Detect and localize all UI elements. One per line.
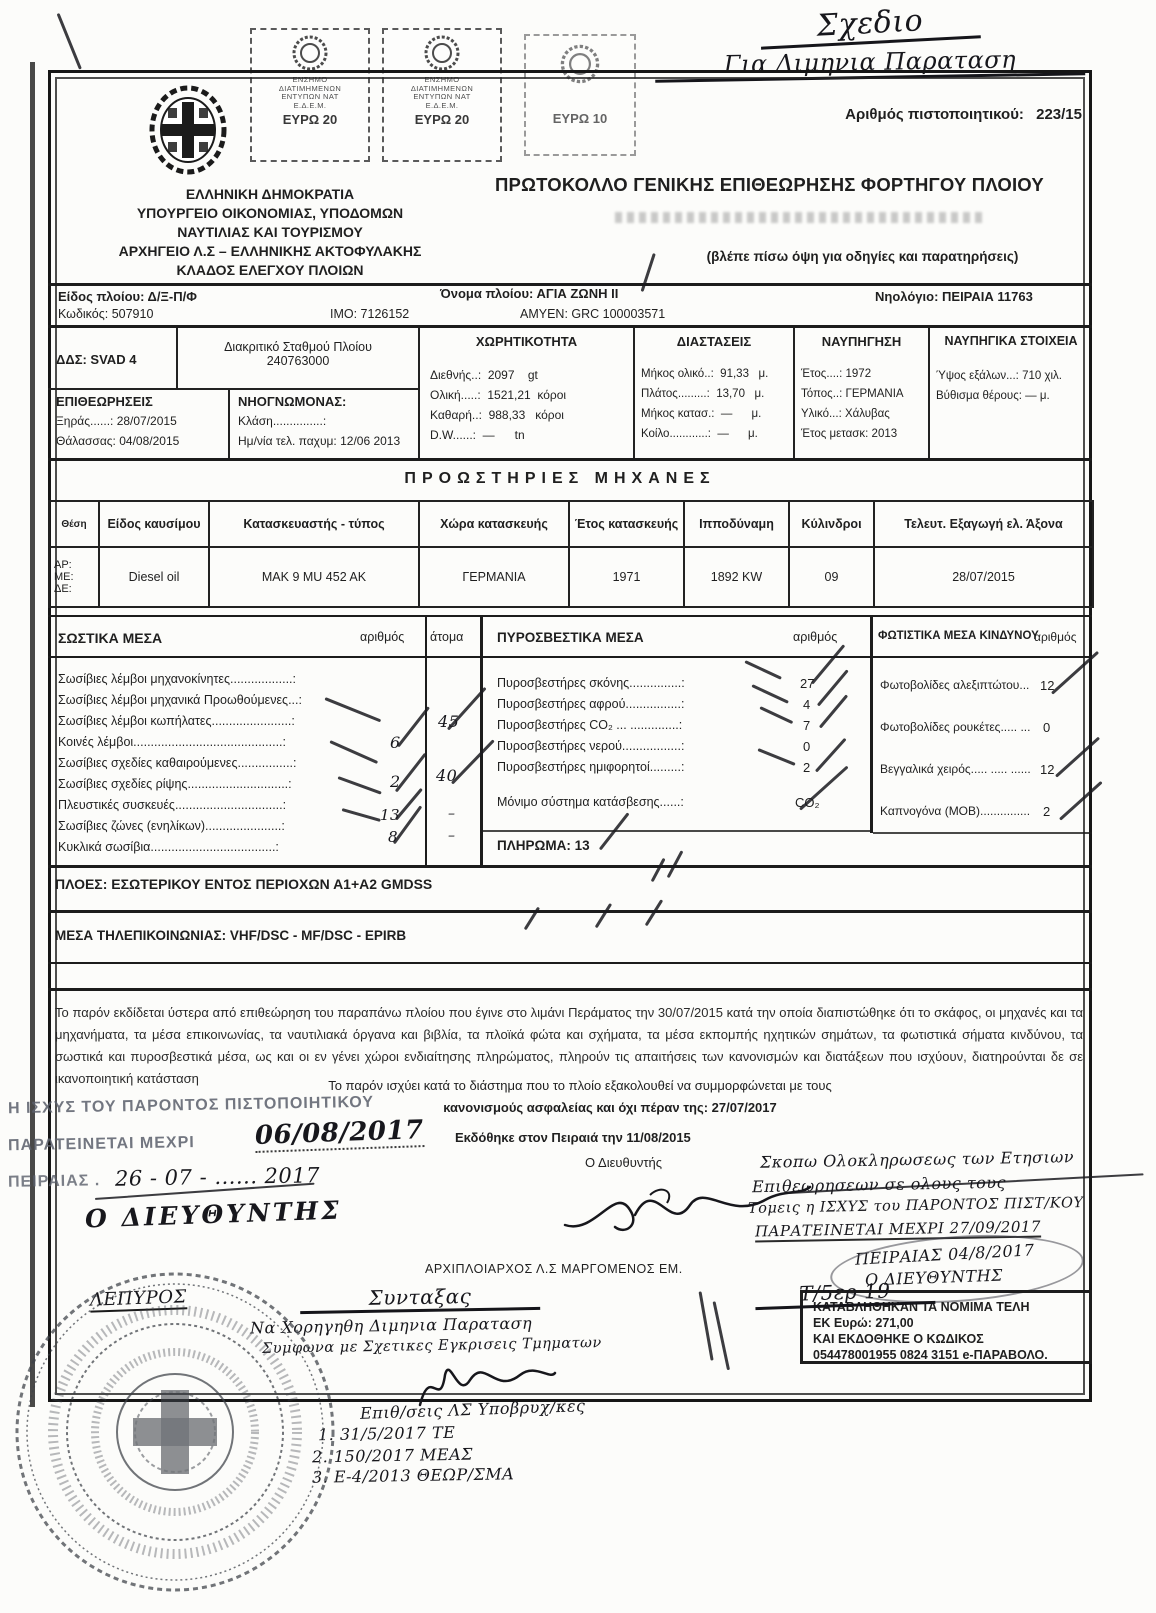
build-cell: ΝΑΥΠΗΓΗΣΗ Έτος....: 1972 Τόπος..: ΓΕΡΜΑΝ…	[795, 328, 930, 458]
voyages-line: ΠΛΟΕΣ: ΕΣΩΤΕΡΙΚΟΥ ΕΝΤΟΣ ΠΕΡΙΟΧΩΝ Α1+Α2 G…	[55, 876, 432, 892]
station-id-cell: Διακριτικό Σταθμού Πλοίου 240763000	[178, 328, 420, 390]
dimensions-title: ΔΙΑΣΤΑΣΕΙΣ	[635, 334, 793, 349]
length-const: Μήκος κατασ.: — μ.	[641, 408, 761, 420]
fire-row-label: Πυροσβεστήρες σκόνης...............:	[497, 676, 752, 690]
col-header-cylinders: Κύλινδροι	[789, 501, 874, 547]
freeboard-height: Ύψος εξάλων...: 710 χιλ.	[936, 370, 1062, 382]
divider-vertical	[480, 617, 483, 865]
page-subtitle: (βλέπε πίσω όψη για οδηγίες και παρατηρή…	[640, 249, 1085, 264]
lights-row-label: Φωτοβολίδες αλεξιπτώτου......:	[880, 678, 1030, 692]
imo-number: ΙΜΟ: 7126152	[330, 307, 409, 321]
depth: Κοίλο............: — μ.	[641, 428, 758, 440]
validity-line1: Το παρόν ισχύει κατά το διάστημα που το …	[240, 1078, 920, 1093]
certificate-number-value: 223/15	[1036, 106, 1082, 123]
col-header-fuel: Είδος καυσίμου	[99, 501, 209, 547]
inspection-sea-date: Θάλασσας: 04/08/2015	[56, 434, 179, 448]
engine-maker: MAK 9 MU 452 AK	[209, 547, 419, 607]
saving-row: Πλευστικές συσκευές.....................…	[58, 798, 370, 812]
lights-row-label: Βεγγαλικά χειρός..... ..... ......:	[880, 762, 1030, 776]
engine-country: ΓΕΡΜΑΝΙΑ	[419, 547, 569, 607]
saving-row: Σωσίβιες ζώνες (ενηλίκων)...............…	[58, 819, 370, 833]
divider	[483, 830, 870, 832]
build-data-title: ΝΑΥΠΗΓΙΚΑ ΣΤΟΙΧΕΙΑ	[930, 334, 1092, 348]
col-header-country: Χώρα κατασκευής	[419, 501, 569, 547]
dds-cell: ΔΔΣ: SVAD 4	[48, 328, 178, 390]
inspections-cell: ΕΠΙΘΕΩΡΗΣΕΙΣ Ξηράς......: 28/07/2015 Θάλ…	[48, 390, 230, 458]
divider	[483, 656, 870, 658]
fee-line: 054478001955 0824 3151 e-ΠΑΡΑΒΟΛΟ.	[813, 1347, 1079, 1363]
gauge-date: Ημ/νία τελ. παχυμ: 12/06 2013	[238, 434, 400, 448]
divider	[48, 656, 480, 658]
scan-corner-mark	[57, 13, 82, 70]
crew-count: ΠΛΗΡΩΜΑ: 13	[497, 838, 590, 853]
engine-pos-me: ΜΕ:	[54, 571, 94, 583]
fire-count-col: αριθμός	[793, 630, 837, 644]
engine-cylinders: 09	[789, 547, 874, 607]
engine-power: 1892 KW	[684, 547, 789, 607]
lights-header: ΦΩΤΙΣΤΙΚΑ ΜΕΣΑ ΚΙΝΔΥΝΟΥ	[878, 630, 1039, 642]
saving-row: Κοινές λέμβοι...........................…	[58, 735, 370, 749]
engines-section-title: ΠΡΟΩΣΤΗΡΙΕΣ ΜΗΧΑΝΕΣ	[300, 470, 820, 488]
breadth: Πλάτος.........: 13,70 μ.	[641, 388, 764, 400]
engine-shaft-date: 28/07/2015	[874, 547, 1093, 607]
lights-row-value: 12	[1040, 762, 1054, 777]
tonnage-cell: ΧΩΡΗΤΙΚΟΤΗΤΑ Διεθνής..: 2097 gt Ολική...…	[420, 328, 635, 458]
build-title: ΝΑΥΠΗΓΗΣΗ	[795, 334, 928, 349]
hw-lifejackets-persons: –	[448, 806, 456, 822]
saving-row: Σωσίβιες λέμβοι μηχανοκίνητες...........…	[58, 672, 370, 686]
station-id-label: Διακριτικό Σταθμού Πλοίου	[178, 340, 418, 354]
authority-line: ΚΛΑΔΟΣ ΕΛΕΓΧΟΥ ΠΛΟΙΩΝ	[55, 261, 485, 280]
fire-row-label: Πυροσβεστήρες CO₂ ... ..............:	[497, 718, 752, 732]
divider	[873, 656, 1092, 658]
saving-count-col: αριθμός	[360, 630, 404, 644]
hw-lifebuoys-persons: –	[448, 828, 456, 844]
official-round-seal	[5, 1262, 345, 1602]
ship-name: Όνομα πλοίου: ΑΓΙΑ ΖΩΝΗ ΙΙ	[440, 286, 618, 301]
ship-type: Είδος πλοίου: Δ/Ξ-Π/Φ	[58, 289, 197, 304]
saving-means-header: ΣΩΣΤΙΚΑ ΜΕΣΑ	[58, 630, 162, 646]
inspection-dry-date: Ξηράς......: 28/07/2015	[56, 414, 177, 428]
station-id-value: 240763000	[178, 354, 418, 368]
saving-row: Σωσίβιες σχεδίες καθαιρούμενες..........…	[58, 756, 370, 770]
saving-row: Σωσίβιες λέμβοι κωπήλατες...............…	[58, 714, 370, 728]
summer-draft: Βύθισμα θέρους: — μ.	[936, 390, 1050, 402]
engine-pos-ar: ΑΡ:	[54, 559, 94, 571]
hw-extension-date: 06/08/2017	[254, 1115, 424, 1153]
lights-row-value: 2	[1043, 804, 1050, 819]
attestation-paragraph: Το παρόν εκδίδεται ύστερα από επιθεώρηση…	[55, 1002, 1083, 1090]
registry-port: Νηολόγιο: ΠΕΙΡΑΙΑ 11763	[875, 289, 1033, 304]
fire-row-label: Πυροσβεστήρες νερού.................:	[497, 739, 752, 753]
authority-line: ΑΡΧΗΓΕΙΟ Λ.Σ – ΕΛΛΗΝΙΚΗΣ ΑΚΤΟΦΥΛΑΚΗΣ	[55, 242, 485, 261]
divider	[48, 910, 1092, 913]
engine-row: ΑΡ: ΜΕ: ΔΕ: Diesel oil MAK 9 MU 452 AK Γ…	[49, 547, 1093, 607]
fee-line: ΚΑΙ ΕΚΔΟΘΗΚΕ Ο ΚΩΔΙΚΟΣ	[813, 1331, 1079, 1347]
build-place: Τόπος..: ΓΕΡΜΑΝΙΑ	[801, 388, 904, 400]
build-year: Έτος....: 1972	[801, 368, 871, 380]
scanned-certificate-page: { "hw_top": { "line1": "Σχεδιο", "line2"…	[0, 0, 1156, 1613]
length-overall: Μήκος ολικό..: 91,33 μ.	[641, 368, 768, 380]
authority-line: ΥΠΟΥΡΓΕΙΟ ΟΙΚΟΝΟΜΙΑΣ, ΥΠΟΔΟΜΩΝ	[55, 204, 485, 223]
col-header-position: Θέση	[49, 501, 99, 547]
engine-year: 1971	[569, 547, 684, 607]
fire-means-header: ΠΥΡΟΣΒΕΣΤΙΚΑ ΜΕΣΑ	[497, 630, 644, 645]
extension-stamp-city: ΠΕΙΡΑΙΑΣ .	[8, 1172, 101, 1192]
tonnage-net: Καθαρή..: 988,33 κόροι	[430, 408, 564, 422]
divider	[48, 865, 1092, 868]
divider	[873, 832, 1092, 834]
fee-line: ΕΚ Ευρώ: 271,00	[813, 1315, 1079, 1331]
fire-row-value: 2	[803, 760, 810, 775]
class-society-title: ΝΗΟΓΝΩΜΟΝΑΣ:	[238, 394, 346, 409]
issuing-authority-block: ΕΛΛΗΝΙΚΗ ΔΗΜΟΚΡΑΤΙΑ ΥΠΟΥΡΓΕΙΟ ΟΙΚΟΝΟΜΙΑΣ…	[55, 185, 485, 280]
tonnage-title: ΧΩΡΗΤΙΚΟΤΗΤΑ	[420, 334, 633, 349]
divider	[48, 962, 1092, 964]
ship-code: Κωδικός: 507910	[58, 307, 153, 321]
issue-line: Εκδόθηκε στον Πειραιά την 11/08/2015	[455, 1130, 691, 1145]
stamp-emblem-icon	[290, 33, 330, 73]
build-material: Υλικό...: Χάλυβας	[801, 408, 890, 420]
lights-row-label: Φωτοβολίδες ρουκέτες..... ....:	[880, 720, 1030, 734]
rebuild-year: Έτος μετασκ: 2013	[801, 428, 897, 440]
tonnage-gross: Ολική.....: 1521,21 κόροι	[430, 388, 566, 402]
issuing-officer-line: ΑΡΧΙΠΛΟΙΑΡΧΟΣ Λ.Σ ΜΑΡΓΟΜΕΝΟΣ ΕΜ.	[425, 1262, 683, 1276]
tonnage-dw: D.W......: — tn	[430, 428, 525, 442]
class-line: Κλάση...............:	[238, 414, 326, 428]
certificate-number-label: Αριθμός πιστοποιητικού:	[845, 106, 1024, 123]
saving-row: Κυκλικά σωσίβια.........................…	[58, 840, 370, 854]
saving-row: Σωσίβιες λέμβοι μηχανικά Προωθούμενες...…	[58, 693, 370, 707]
amyen-number: ΑΜΥΕΝ: GRC 100003571	[520, 307, 665, 321]
dds-callsign: ΔΔΣ: SVAD 4	[56, 352, 136, 367]
authority-line: ΕΛΛΗΝΙΚΗ ΔΗΜΟΚΡΑΤΙΑ	[55, 185, 485, 204]
col-header-shaft: Τελευτ. Εξαγωγή ελ. Άξονα	[874, 501, 1093, 547]
tonnage-international: Διεθνής..: 2097 gt	[430, 368, 538, 382]
scan-edge-bar	[30, 62, 35, 1407]
lights-row-label: Καπνογόνα (MOB)................:	[880, 804, 1030, 818]
fire-row-label: Πυροσβεστήρες αφρού................:	[497, 697, 752, 711]
fire-row-label: Πυροσβεστήρες ημιφορητοί.........:	[497, 760, 752, 774]
col-header-power: Ιπποδύναμη	[684, 501, 789, 547]
divider-vertical	[425, 617, 427, 865]
dimensions-cell: ΔΙΑΣΤΑΣΕΙΣ Μήκος ολικό..: 91,33 μ. Πλάτο…	[635, 328, 795, 458]
telecom-line: ΜΕΣΑ ΤΗΛΕΠΙΚΟΙΝΩΝΙΑΣ: VHF/DSC - MF/DSC -…	[55, 928, 406, 943]
col-header-year: Έτος κατασκευής	[569, 501, 684, 547]
hellenic-coat-of-arms	[148, 84, 228, 176]
illegible-faint-line	[615, 212, 985, 223]
class-society-cell: ΝΗΟΓΝΩΜΟΝΑΣ: Κλάση...............: Ημ/νί…	[230, 390, 420, 458]
lights-row-value: 0	[1043, 720, 1050, 735]
certificate-number-line: Αριθμός πιστοποιητικού: 223/15	[700, 106, 1082, 123]
saving-row: Σωσίβιες σχεδίες ρίψης..................…	[58, 777, 370, 791]
authority-line: ΝΑΥΤΙΛΙΑΣ ΚΑΙ ΤΟΥΡΙΣΜΟΥ	[55, 223, 485, 242]
col-header-maker: Κατασκευαστής - τύπος	[209, 501, 419, 547]
stamp-emblem-icon	[422, 33, 462, 73]
fire-row-value: 4	[803, 697, 810, 712]
build-data-cell: ΝΑΥΠΗΓΙΚΑ ΣΤΟΙΧΕΙΑ Ύψος εξάλων...: 710 χ…	[930, 328, 1092, 458]
handwritten-top-note-line1: Σχεδιο	[759, 0, 981, 49]
engines-table: Θέση Είδος καυσίμου Κατασκευαστής - τύπο…	[48, 500, 1094, 608]
page-title: ΠΡΩΤΟΚΟΛΛΟ ΓΕΝΙΚΗΣ ΕΠΙΘΕΩΡΗΣΗΣ ΦΟΡΤΗΓΟΥ …	[495, 174, 1090, 196]
fire-row-label: Μόνιμο σύστημα κατάσβεσης......:	[497, 795, 752, 809]
saving-persons-col: άτομα	[430, 630, 463, 644]
divider	[48, 615, 1092, 617]
divider	[48, 988, 1092, 991]
inspections-title: ΕΠΙΘΕΩΡΗΣΕΙΣ	[56, 394, 153, 409]
fire-row-value: 7	[803, 718, 810, 733]
engine-fuel: Diesel oil	[99, 547, 209, 607]
lights-count-col: αριθμός	[1034, 630, 1076, 644]
divider	[48, 458, 1092, 461]
fire-row-value: 0	[803, 739, 810, 754]
divider-vertical	[870, 617, 873, 833]
engine-pos-de: ΔΕ:	[54, 583, 94, 595]
hw-extension-city-date: 26 - 07 - ...... 2017	[115, 1163, 320, 1191]
